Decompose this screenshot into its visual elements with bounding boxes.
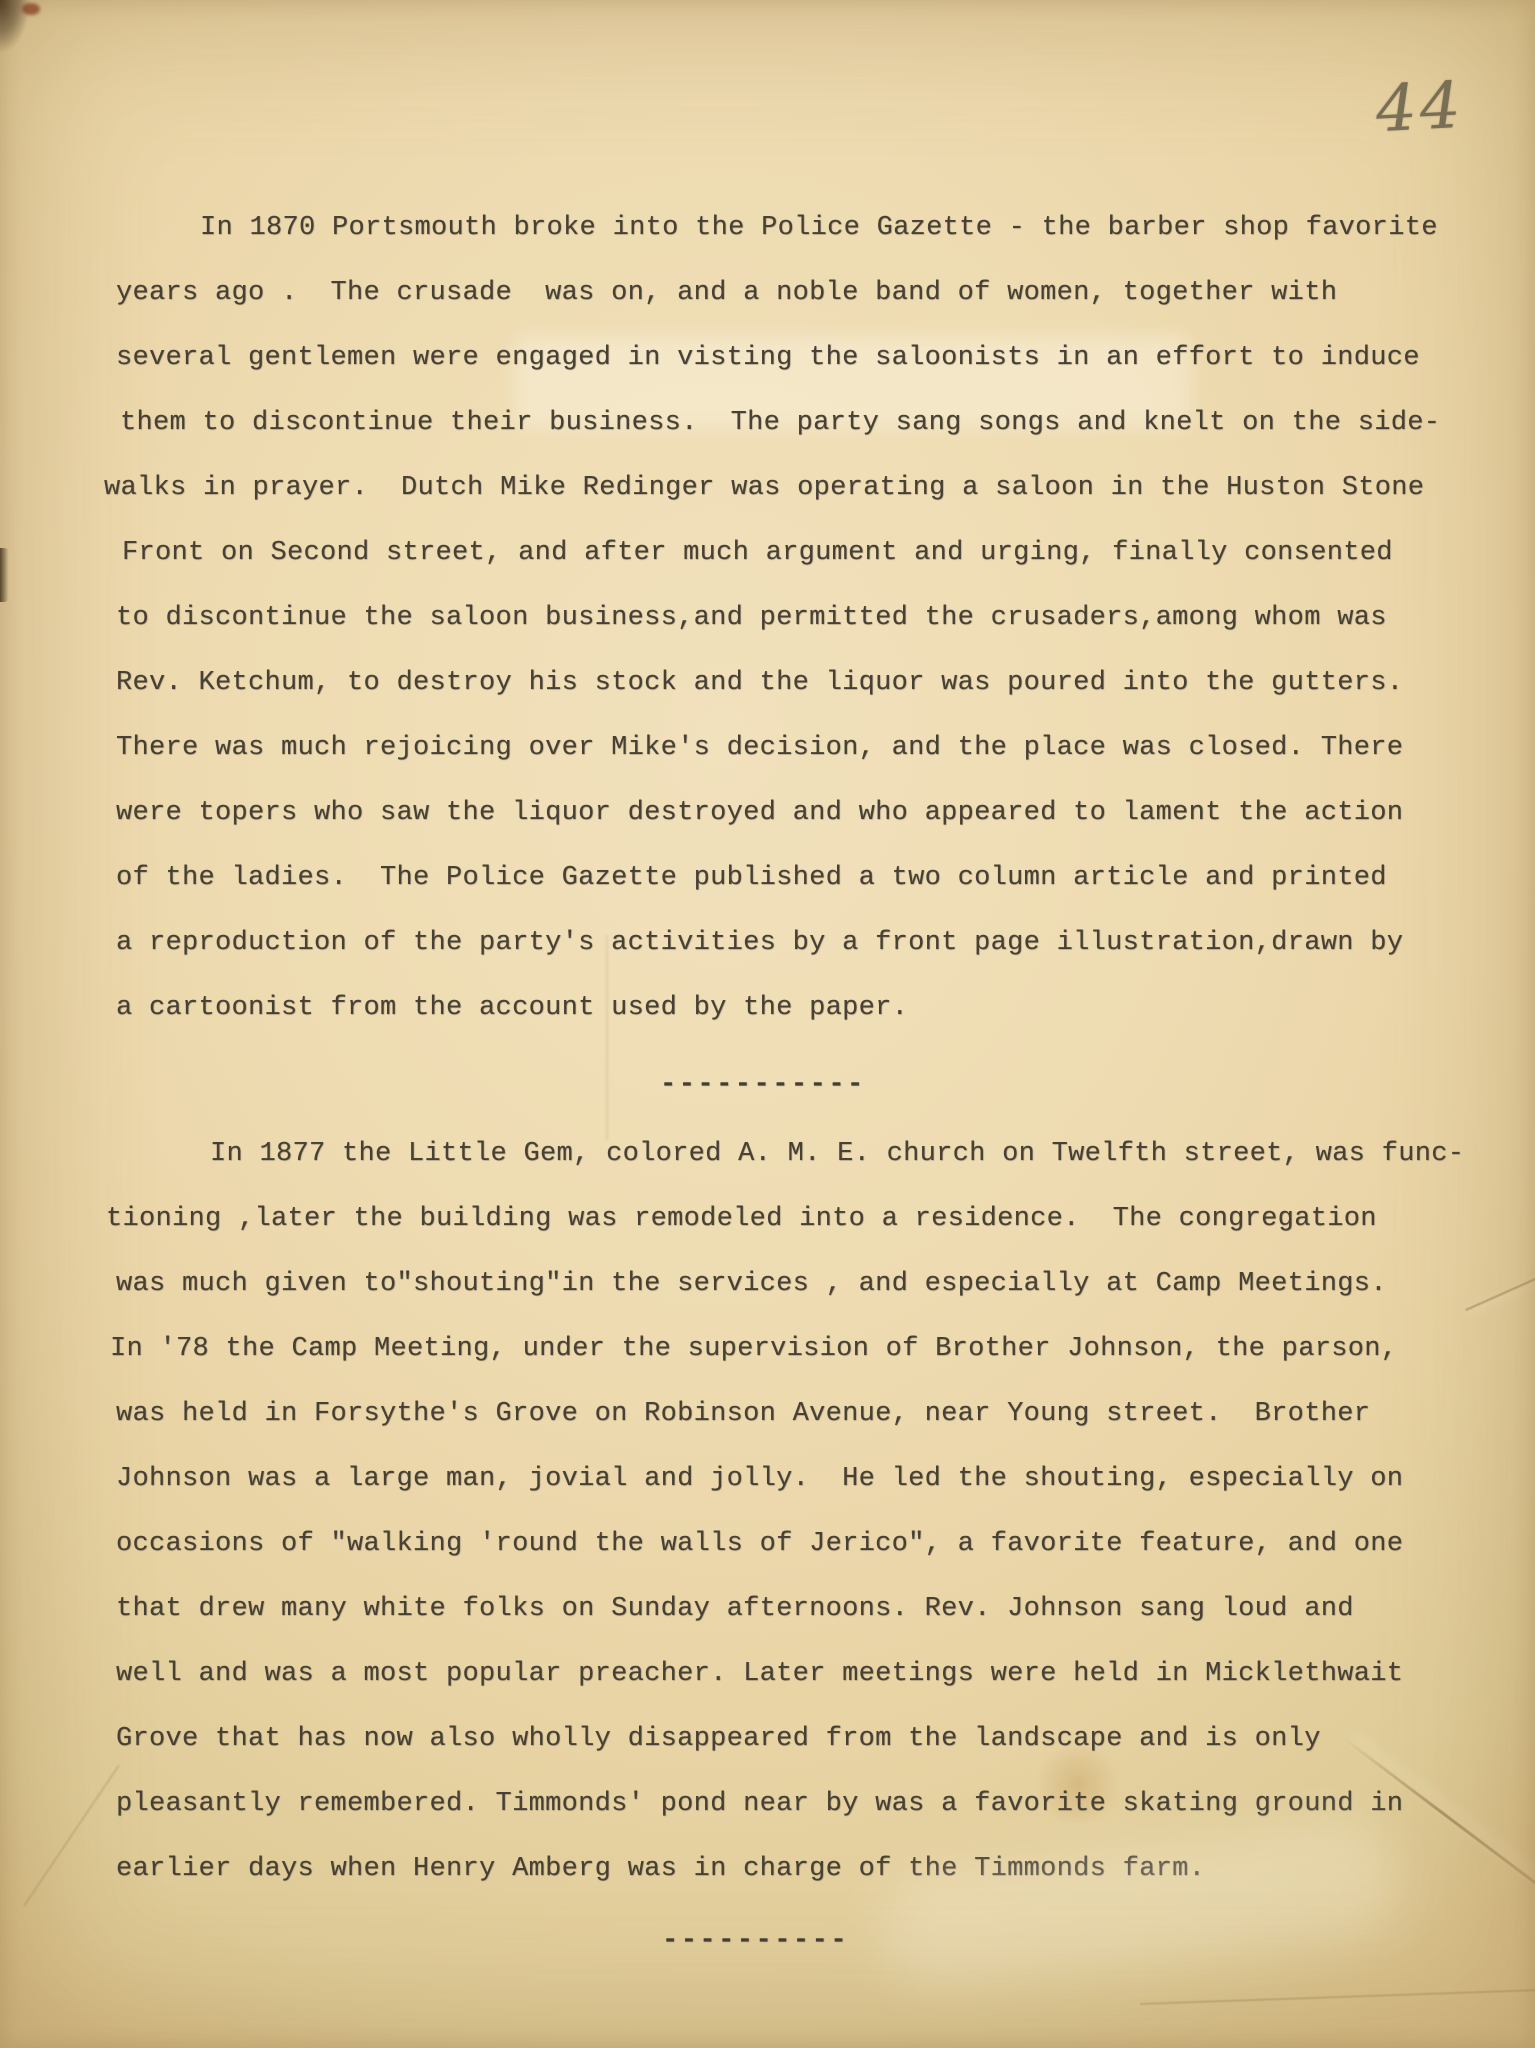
text-line: to discontinue the saloon business,and p… xyxy=(116,586,1440,651)
text-line: pleasantly remembered. Timmonds' pond ne… xyxy=(116,1772,1464,1837)
paper-red-speck xyxy=(22,3,40,15)
text-line: walks in prayer. Dutch Mike Redinger was… xyxy=(104,456,1440,521)
text-line: was much given to"shouting"in the servic… xyxy=(116,1252,1464,1317)
paragraph-1877-little-gem: In 1877 the Little Gem, colored A. M. E.… xyxy=(116,1122,1464,1902)
paper-edge-mark xyxy=(0,548,10,602)
text-line: earlier days when Henry Amberg was in ch… xyxy=(116,1837,1464,1902)
text-line: In 1870 Portsmouth broke into the Police… xyxy=(116,196,1440,261)
text-line: Johnson was a large man, jovial and joll… xyxy=(116,1447,1464,1512)
paper-edge-mark xyxy=(0,0,30,52)
text-line: Rev. Ketchum, to destroy his stock and t… xyxy=(116,651,1440,716)
text-line: In 1877 the Little Gem, colored A. M. E.… xyxy=(116,1122,1464,1187)
text-line: a reproduction of the party's activities… xyxy=(116,911,1440,976)
paragraph-1870-police-gazette: In 1870 Portsmouth broke into the Police… xyxy=(116,196,1440,1041)
text-line: that drew many white folks on Sunday aft… xyxy=(116,1577,1464,1642)
text-line: In '78 the Camp Meeting, under the super… xyxy=(110,1317,1464,1382)
text-line: was held in Forsythe's Grove on Robinson… xyxy=(116,1382,1464,1447)
typed-dash-divider: ---------- xyxy=(662,1928,849,1955)
text-line: were topers who saw the liquor destroyed… xyxy=(116,781,1440,846)
paper-crease-right-edge xyxy=(1465,1275,1535,1311)
text-line: several gentlemen were engaged in vistin… xyxy=(116,326,1440,391)
text-line: years ago . The crusade was on, and a no… xyxy=(116,261,1440,326)
text-line: well and was a most popular preacher. La… xyxy=(116,1642,1464,1707)
text-line: There was much rejoicing over Mike's dec… xyxy=(116,716,1440,781)
text-line: tioning ,later the building was remodele… xyxy=(106,1187,1464,1252)
text-line: them to discontinue their business. The … xyxy=(120,391,1440,456)
text-line: a cartoonist from the account used by th… xyxy=(116,976,1440,1041)
handwritten-page-number: 44 xyxy=(1374,74,1465,142)
text-line: occasions of "walking 'round the walls o… xyxy=(116,1512,1464,1577)
text-line: Grove that has now also wholly disappear… xyxy=(116,1707,1464,1772)
paper-crease-bottom-left xyxy=(23,1765,120,1907)
typewritten-page-sheet: 44 In 1870 Portsmouth broke into the Pol… xyxy=(0,0,1535,2048)
text-line: of the ladies. The Police Gazette publis… xyxy=(116,846,1440,911)
paper-crease-bottom xyxy=(1140,1989,1535,2005)
typed-dash-divider: ----------- xyxy=(660,1072,866,1099)
text-line: Front on Second street, and after much a… xyxy=(122,521,1440,586)
